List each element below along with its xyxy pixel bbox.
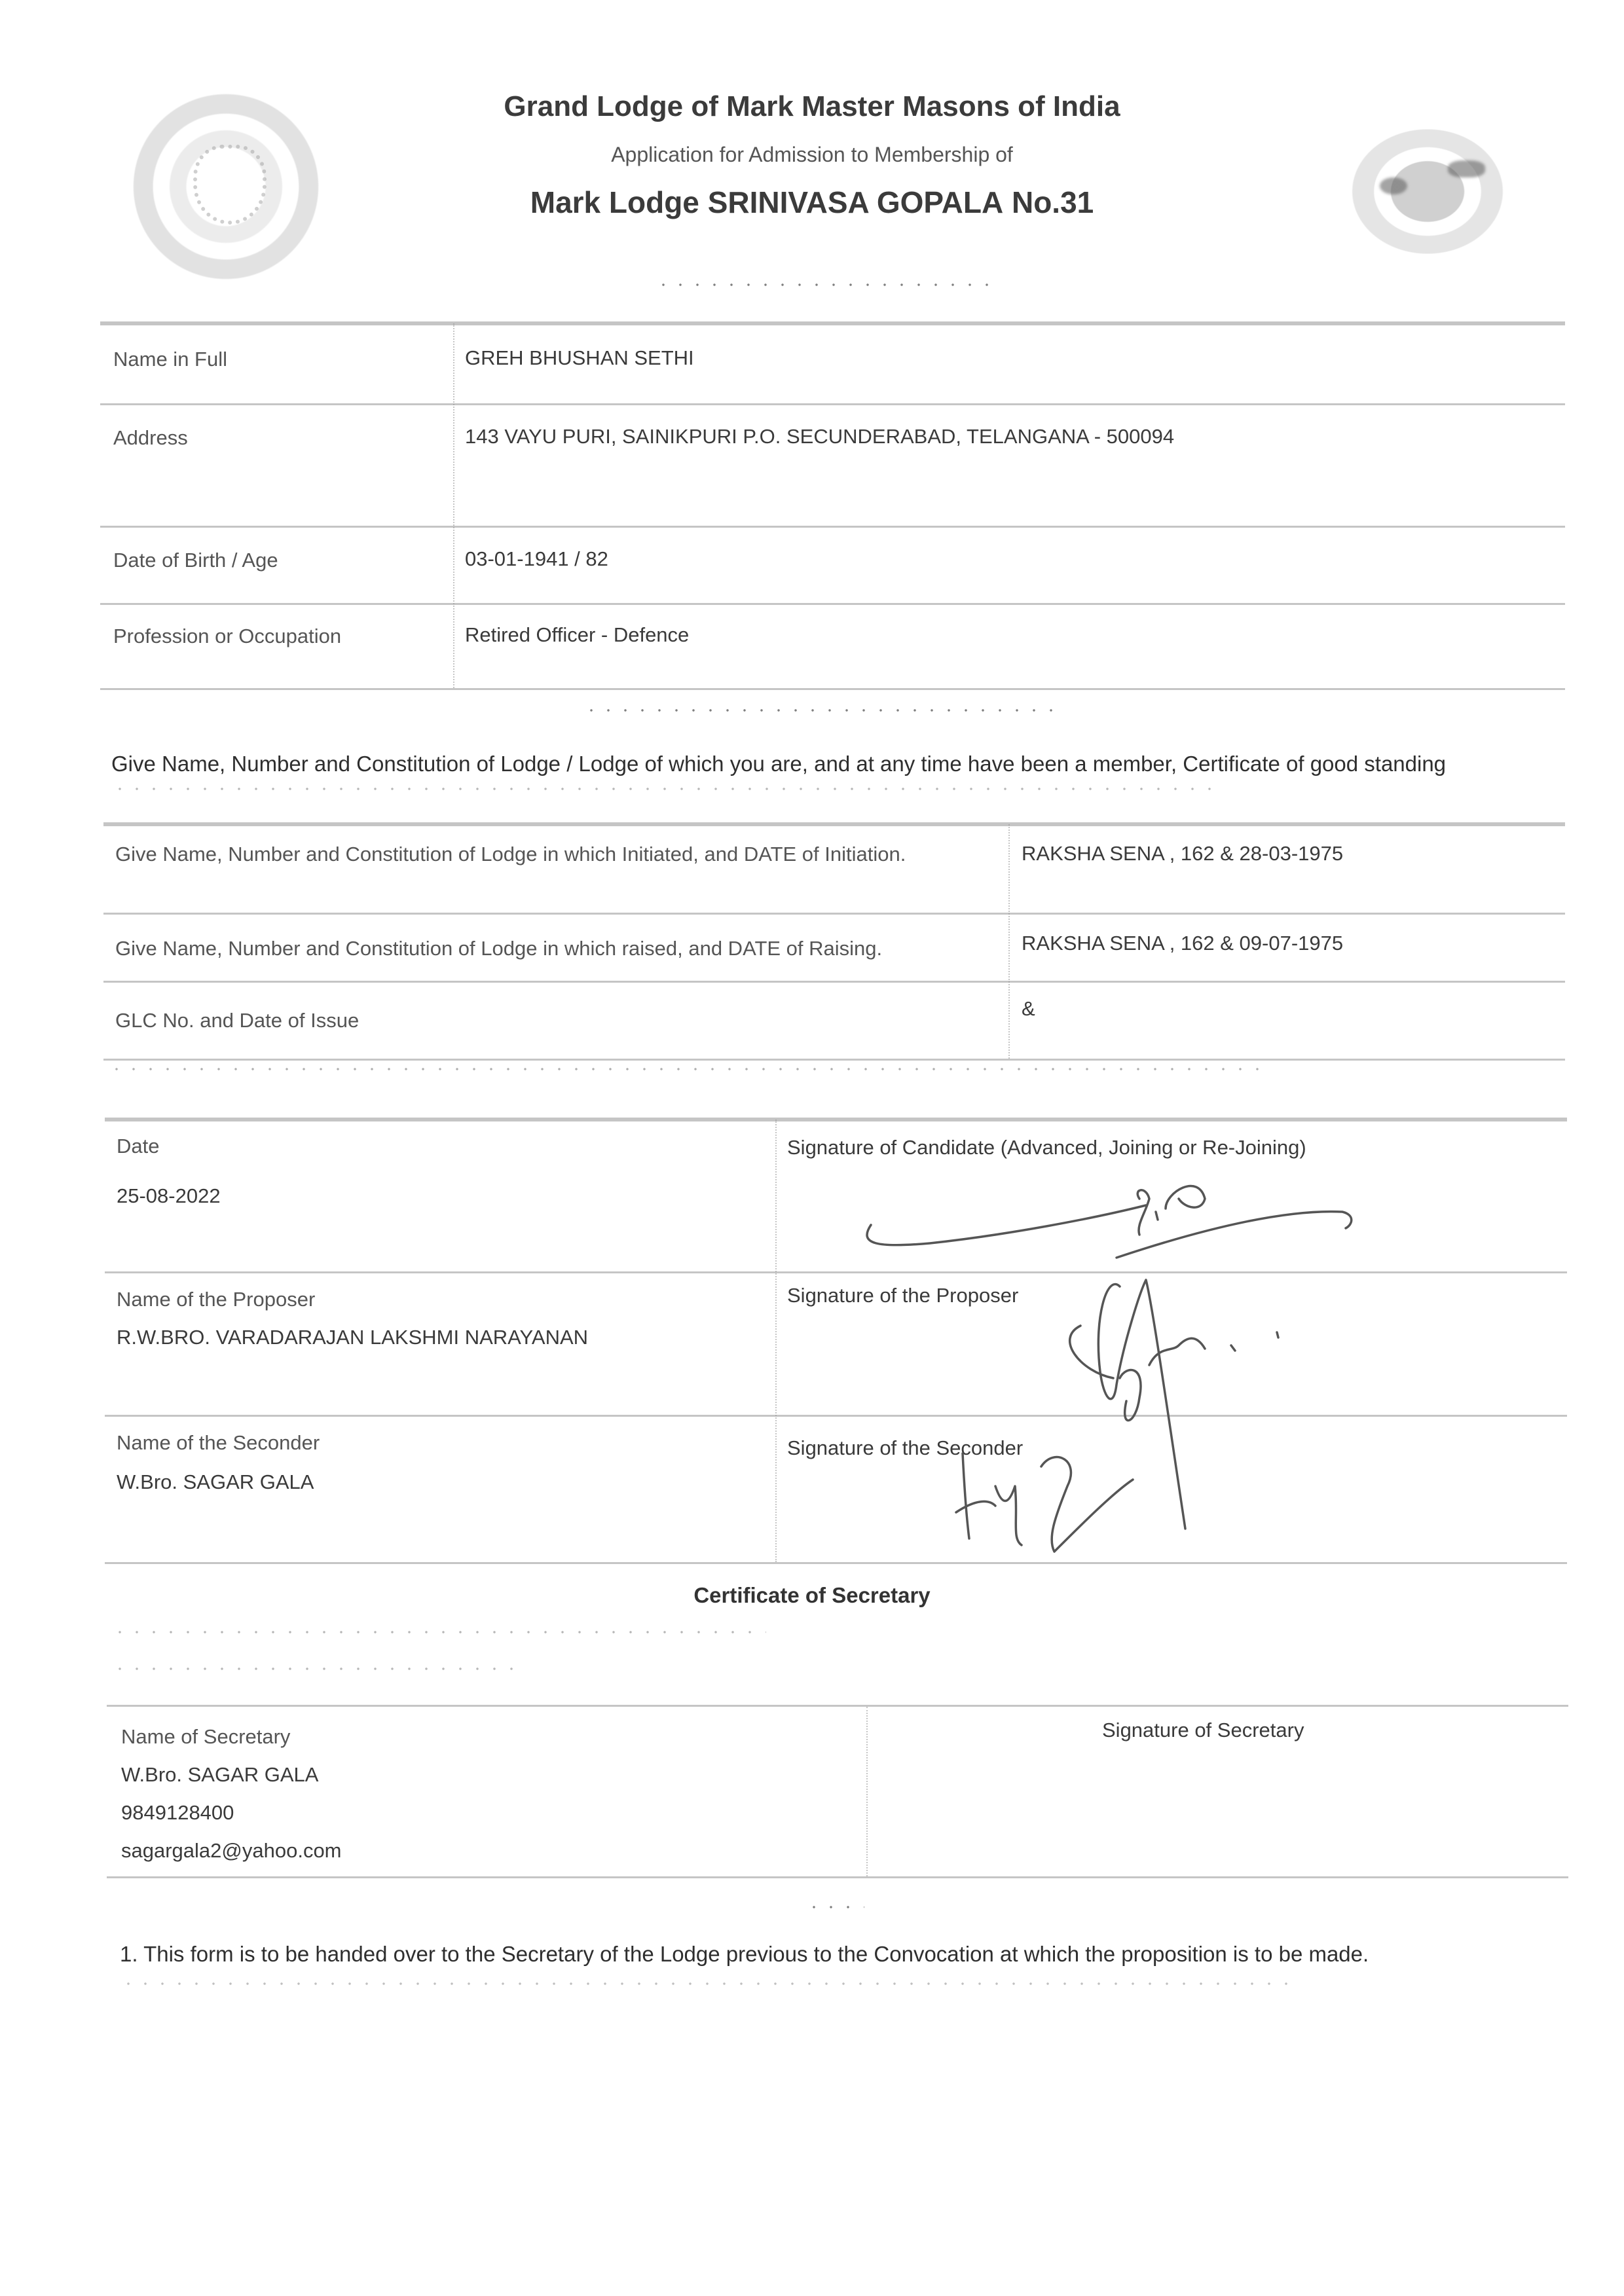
proposer-name: R.W.BRO. VARADARAJAN LAKSHMI NARAYANAN (117, 1326, 588, 1349)
raised-value: RAKSHA SENA , 162 & 09-07-1975 (1022, 932, 1343, 955)
glc-value: & (1022, 997, 1035, 1021)
raised-label: Give Name, Number and Constitution of Lo… (115, 937, 882, 960)
proposer-name-label: Name of the Proposer (117, 1288, 315, 1311)
table-row: Give Name, Number and Constitution of Lo… (103, 913, 1565, 983)
secretary-name: W.Bro. SAGAR GALA (121, 1763, 318, 1787)
secretary-table: Name of Secretary W.Bro. SAGAR GALA 9849… (107, 1705, 1568, 1878)
lodge-title: Mark Lodge SRINIVASA GOPALA No.31 (0, 185, 1624, 220)
illegible-text-fragment (655, 282, 995, 288)
table-row: GLC No. and Date of Issue & (103, 981, 1565, 1061)
illegible-text-fragment (120, 1980, 1299, 1987)
column-divider (866, 1707, 868, 1876)
illegible-text-fragment (583, 707, 1054, 714)
secretary-signature-label: Signature of Secretary (1102, 1719, 1304, 1742)
signatures-table: Date 25-08-2022 Signature of Candidate (… (105, 1118, 1567, 1564)
note-heading-fragment (805, 1904, 864, 1910)
illegible-text-fragment (111, 1666, 517, 1672)
seconder-name-label: Name of the Seconder (117, 1431, 320, 1455)
lodge-history-table: Give Name, Number and Constitution of Lo… (103, 822, 1565, 1061)
address-value: 143 VAYU PURI, SAINIKPURI P.O. SECUNDERA… (465, 425, 1174, 448)
secretary-email: sagargala2@yahoo.com (121, 1839, 342, 1863)
date-value: 25-08-2022 (117, 1184, 221, 1208)
profession-label: Profession or Occupation (113, 625, 341, 648)
lodge-history-intro: Give Name, Number and Constitution of Lo… (111, 752, 1446, 776)
profession-value: Retired Officer - Defence (465, 623, 689, 647)
name-label: Name in Full (113, 348, 227, 371)
date-label: Date (117, 1135, 159, 1158)
table-row: Date 25-08-2022 Signature of Candidate (… (105, 1120, 1567, 1273)
seconder-signature-icon (950, 1427, 1159, 1558)
secretary-phone: 9849128400 (121, 1801, 234, 1825)
table-row: Address 143 VAYU PURI, SAINIKPURI P.O. S… (100, 403, 1565, 528)
secretary-heading: Certificate of Secretary (0, 1583, 1624, 1608)
illegible-text-fragment (111, 786, 1225, 792)
table-row: Give Name, Number and Constitution of Lo… (103, 824, 1565, 915)
initiated-label: Give Name, Number and Constitution of Lo… (115, 838, 993, 871)
secretary-name-label: Name of Secretary (121, 1725, 290, 1749)
candidate-details-table: Name in Full GREH BHUSHAN SETHI Address … (100, 321, 1565, 690)
illegible-text-fragment (111, 1629, 766, 1635)
candidate-signature-label: Signature of Candidate (Advanced, Joinin… (787, 1136, 1306, 1159)
table-row: Profession or Occupation Retired Officer… (100, 603, 1565, 690)
application-line: Application for Admission to Membership … (0, 143, 1624, 167)
dob-age-label: Date of Birth / Age (113, 549, 278, 572)
lodge-number: No.31 (1012, 185, 1094, 219)
dob-age-value: 03-01-1941 / 82 (465, 547, 608, 571)
org-title: Grand Lodge of Mark Master Masons of Ind… (0, 90, 1624, 123)
glc-label: GLC No. and Date of Issue (115, 1009, 359, 1032)
address-label: Address (113, 426, 188, 450)
table-row: Name in Full GREH BHUSHAN SETHI (100, 323, 1565, 405)
proposer-signature-label: Signature of the Proposer (787, 1284, 1018, 1307)
note-item-1: 1. This form is to be handed over to the… (120, 1942, 1369, 1967)
candidate-signature-icon (858, 1173, 1356, 1258)
initiated-value: RAKSHA SENA , 162 & 28-03-1975 (1022, 842, 1343, 866)
seconder-name: W.Bro. SAGAR GALA (117, 1470, 314, 1494)
lodge-prefix: Mark Lodge (530, 185, 699, 219)
illegible-text-fragment (108, 1066, 1261, 1072)
lodge-name: SRINIVASA GOPALA (708, 185, 1004, 219)
name-value: GREH BHUSHAN SETHI (465, 346, 694, 370)
table-row: Date of Birth / Age 03-01-1941 / 82 (100, 526, 1565, 605)
